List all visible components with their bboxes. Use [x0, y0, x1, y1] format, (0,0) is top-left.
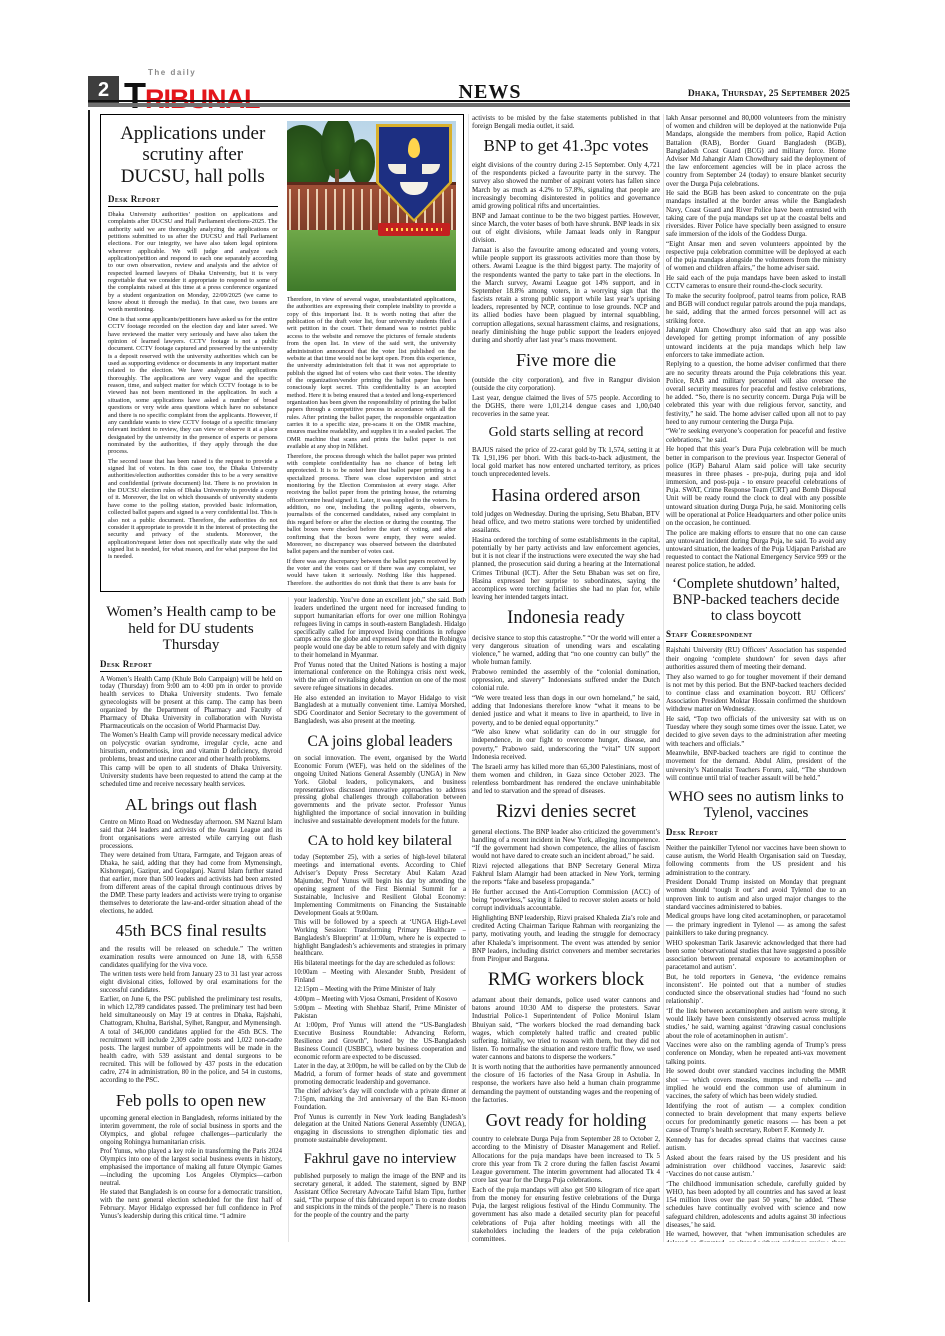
article-paragraph: decisive stance to stop this catastrophe… — [472, 634, 660, 667]
article-paragraph: Hasina ordered the torching of some esta… — [472, 536, 660, 602]
article-paragraph: upcoming general election in Bangladesh,… — [100, 1115, 282, 1147]
masthead-prefix: The daily — [148, 68, 260, 77]
article-headline: Applications under scrutiny after DUCSU,… — [108, 123, 278, 187]
article-paragraph: He stated that Bangladesh is on course f… — [100, 1189, 282, 1221]
article-paragraph: This camp will be open to all students o… — [100, 765, 282, 789]
article-headline: Indonesia ready — [472, 608, 660, 628]
article-paragraph: Prabowo reminded the assembly of the “co… — [472, 668, 660, 693]
article-paragraph: He said each of the puja mandaps have be… — [666, 274, 846, 290]
article-headline: Rizvi denies secret — [472, 802, 660, 822]
article-paragraph: Prof Yunus noted that the United Nations… — [294, 662, 466, 694]
article-paragraph: (outside the city corporation), and five… — [472, 376, 660, 392]
article-paragraph: ‘The childhood immunisation schedule, ca… — [666, 1180, 846, 1229]
article-paragraph: If there was any discrepancy between the… — [287, 558, 457, 585]
article-paragraph: BAJUS raised the price of 22-carat gold … — [472, 446, 660, 479]
masthead-wordmark: TRIBUNAL — [124, 78, 260, 114]
article-byline: Staff Correspondent — [666, 629, 846, 642]
boxed-right-column: Therefore, in view of several vague, uns… — [287, 121, 457, 585]
crest-flame-icon — [408, 138, 420, 158]
article-paragraph: It is worth noting that the authorities … — [472, 1063, 660, 1104]
article-paragraph: Prof Yunus is currently in New York lead… — [294, 1114, 466, 1146]
article-paragraph: One is that some applicants/petitioners … — [108, 316, 278, 456]
article-paragraph: and the results will be released on sche… — [100, 946, 282, 970]
article-headline: Gold starts selling at record — [472, 425, 660, 440]
article-paragraph: Later in the day, at 3:00pm, he will be … — [294, 1063, 466, 1087]
article-headline: Five more die — [472, 351, 660, 371]
article-paragraph: lakh Ansar personnel and 80,000 voluntee… — [666, 114, 846, 188]
article-paragraph: Meanwhile, BNP-backed teachers are rigid… — [666, 749, 846, 782]
article-byline: Desk Report — [108, 194, 278, 207]
masthead-rest: RIBUNAL — [145, 84, 260, 114]
header-rule-bottom — [88, 103, 850, 107]
article-paragraph: activists to be misled by the false stat… — [472, 114, 660, 130]
column-1: Women’s Health camp to be held for DU st… — [100, 597, 282, 1242]
article-paragraph: on social innovation. The event, organis… — [294, 755, 466, 826]
column-separator — [288, 597, 289, 1242]
article-paragraph: But, he told reporters in Geneva, ‘the e… — [666, 973, 846, 1006]
university-crest-graphic — [376, 124, 452, 236]
article-paragraph: 12:15pm – Meeting with the Prime Ministe… — [294, 986, 466, 994]
article-paragraph: He warned, however, that ‘when immunisat… — [666, 1230, 846, 1242]
column-4: lakh Ansar personnel and 80,000 voluntee… — [666, 114, 846, 1242]
crest-ribbon — [378, 223, 450, 236]
article-paragraph: Medical groups have long cited acetamino… — [666, 912, 846, 937]
article-paragraph: President Donald Trump insisted on Monda… — [666, 878, 846, 911]
article-paragraph: The written tests were held from January… — [100, 971, 282, 995]
article-paragraph: The chief adviser’s day will conclude wi… — [294, 1088, 466, 1112]
boxed-lead-article: Applications under scrutiny after DUCSU,… — [100, 114, 464, 592]
article-paragraph: Dhaka University authorities’ position o… — [108, 211, 278, 314]
article-paragraph: WHO spokesman Tarik Jasarevic acknowledg… — [666, 939, 846, 972]
article-body: Dhaka University authorities’ position o… — [108, 211, 278, 561]
masthead-initial: T — [124, 75, 145, 116]
page-left-rule — [88, 110, 90, 1302]
article-paragraph: 4:00pm – Meeting with Vjosa Osmani, Pres… — [294, 996, 466, 1004]
article-headline: ‘Complete shutdown’ halted, BNP-backed t… — [666, 577, 846, 625]
article-paragraph: He further accused the Anti-Corruption C… — [472, 888, 660, 913]
article-headline: Govt ready for holding — [472, 1111, 660, 1130]
article-paragraph: A total of 346,000 candidates applied fo… — [100, 1029, 282, 1084]
article-paragraph: The Israeli army has killed more than 65… — [472, 763, 660, 796]
article-headline: CA joins global leaders — [294, 733, 466, 750]
article-paragraph: published purposely to malign the image … — [294, 1173, 466, 1220]
article-paragraph: The Women’s Health Camp will provide nec… — [100, 732, 282, 764]
dateline: Dhaka, Thursday, 25 September 2025 — [660, 89, 850, 99]
article-paragraph: 10:00am – Meeting with Alexander Stubb, … — [294, 969, 466, 985]
article-paragraph: told judges on Wednesday. During the upr… — [472, 510, 660, 535]
article-paragraph: Vaccines were also on the rambling agend… — [666, 1041, 846, 1066]
boxed-left-column: Applications under scrutiny after DUCSU,… — [108, 121, 278, 585]
article-paragraph: His bilateral meetings for the day are s… — [294, 960, 466, 968]
article-paragraph: At 1:00pm, Prof Yunus will attend the “U… — [294, 1022, 466, 1061]
article-paragraph: The police are making efforts to ensure … — [666, 529, 846, 570]
header-rule-top — [88, 100, 850, 102]
article-paragraph: Rizvi rejected allegations that BNP Secr… — [472, 862, 660, 887]
newspaper-page: 2 The daily TRIBUNAL NEWS Dhaka, Thursda… — [0, 0, 945, 1336]
column-2: your leadership. You’ve done an excellen… — [294, 597, 466, 1242]
tree-graphic — [349, 139, 375, 185]
article-paragraph: Prof Yunus, who played a key role in tra… — [100, 1148, 282, 1187]
article-paragraph: Centre on Minto Road on Wednesday aftern… — [100, 819, 282, 851]
article-headline: BNP to get 41.3pc votes — [472, 137, 660, 156]
page-number: 2 — [98, 79, 109, 102]
article-paragraph: “Eight Ansar men and seven volunteers ap… — [666, 240, 846, 273]
article-paragraph: country to celebrate Durga Puja from Sep… — [472, 1135, 660, 1184]
article-paragraph: They were detained from Uttara, Farmgate… — [100, 852, 282, 915]
article-paragraph: today (September 25), with a series of h… — [294, 854, 466, 917]
article-paragraph: BNP and Jamaat continue to be the two bi… — [472, 212, 660, 245]
article-paragraph: He said, “Top two officials of the unive… — [666, 715, 846, 748]
article-paragraph: He said the BGB has been asked to concen… — [666, 189, 846, 238]
article-paragraph: He hoped that this year’s Dura Puja cele… — [666, 445, 846, 527]
article-paragraph: Identifying the root of autism — a compl… — [666, 1102, 846, 1135]
article-headline: CA to hold key bilateral — [294, 833, 466, 850]
article-paragraph: Earlier, on June 6, the PSC published th… — [100, 996, 282, 1028]
article-paragraph: Kennedy has for decades spread claims th… — [666, 1136, 846, 1152]
article-paragraph: eight divisions of the country during 2-… — [472, 161, 660, 210]
article-headline: WHO sees no autism links to Tylenol, vac… — [666, 789, 846, 822]
article-byline: Desk Report — [100, 659, 282, 672]
article-paragraph: This will be followed by a speech at ‘UN… — [294, 919, 466, 958]
article-paragraph: Highlighting BNP leadership, Rizvi prais… — [472, 914, 660, 963]
article-paragraph: your leadership. You’ve done an excellen… — [294, 597, 466, 660]
article-paragraph: They also warned to go for tougher movem… — [666, 673, 846, 714]
article-paragraph: Last year, dengue claimed the lives of 5… — [472, 394, 660, 419]
article-headline: Fakhrul gave no interview — [294, 1152, 466, 1168]
article-paragraph: “We also knew what solidarity can do in … — [472, 728, 660, 761]
photo-lawn — [287, 230, 457, 291]
article-paragraph: Neither the painkiller Tylenol nor vacci… — [666, 844, 846, 877]
article-paragraph: Jamaat is also the favourite among educa… — [472, 246, 660, 344]
article-paragraph: Each of the puja mandaps will also get 5… — [472, 1186, 660, 1242]
article-headline: RMG workers block — [472, 970, 660, 991]
article-paragraph: Jahangir Alam Chowdhury also said that a… — [666, 326, 846, 359]
article-paragraph: ‘If the link between acetaminophen and a… — [666, 1007, 846, 1040]
article-paragraph: 5:00pm – Meeting with Shehbaz Sharif, Pr… — [294, 1005, 466, 1021]
article-headline: AL brings out flash — [100, 796, 282, 815]
article-paragraph: He also extended an invitation to Mayor … — [294, 695, 466, 727]
article-paragraph: Replying to a question, the home adviser… — [666, 360, 846, 426]
article-paragraph: Asked about the fears raised by the US p… — [666, 1154, 846, 1179]
article-body: Therefore, in view of several vague, uns… — [287, 296, 457, 585]
article-paragraph: Therefore, the process through which the… — [287, 453, 457, 556]
article-headline: Hasina ordered arson — [472, 486, 660, 505]
article-paragraph: A Women’s Health Camp (Khule Bolo Campai… — [100, 676, 282, 731]
article-paragraph: To make the security foolproof, patrol t… — [666, 292, 846, 325]
article-headline: 45th BCS final results — [100, 922, 282, 941]
article-headline: Women’s Health camp to be held for DU st… — [100, 604, 282, 654]
article-paragraph: adamant about their demands, police used… — [472, 996, 660, 1062]
article-paragraph: Therefore, in view of several vague, uns… — [287, 296, 457, 451]
article-headline: Feb polls to open new — [100, 1092, 282, 1111]
column-separator — [468, 114, 469, 1242]
article-paragraph: “We were treated less than dogs in our o… — [472, 694, 660, 727]
column-3: activists to be misled by the false stat… — [472, 114, 660, 1242]
masthead: The daily TRIBUNAL — [124, 68, 260, 114]
campus-photo — [287, 121, 457, 291]
article-paragraph: “We’re seeking everyone’s cooperation fo… — [666, 427, 846, 443]
article-paragraph: He sowed doubt over standard vaccines in… — [666, 1067, 846, 1100]
article-paragraph: general elections. The BNP leader also c… — [472, 828, 660, 861]
article-paragraph: Rajshahi University (RU) Officers’ Assoc… — [666, 646, 846, 671]
column-separator — [663, 114, 664, 1242]
article-paragraph: The second issue that has been raised is… — [108, 458, 278, 561]
article-byline: Desk Report — [666, 827, 846, 840]
